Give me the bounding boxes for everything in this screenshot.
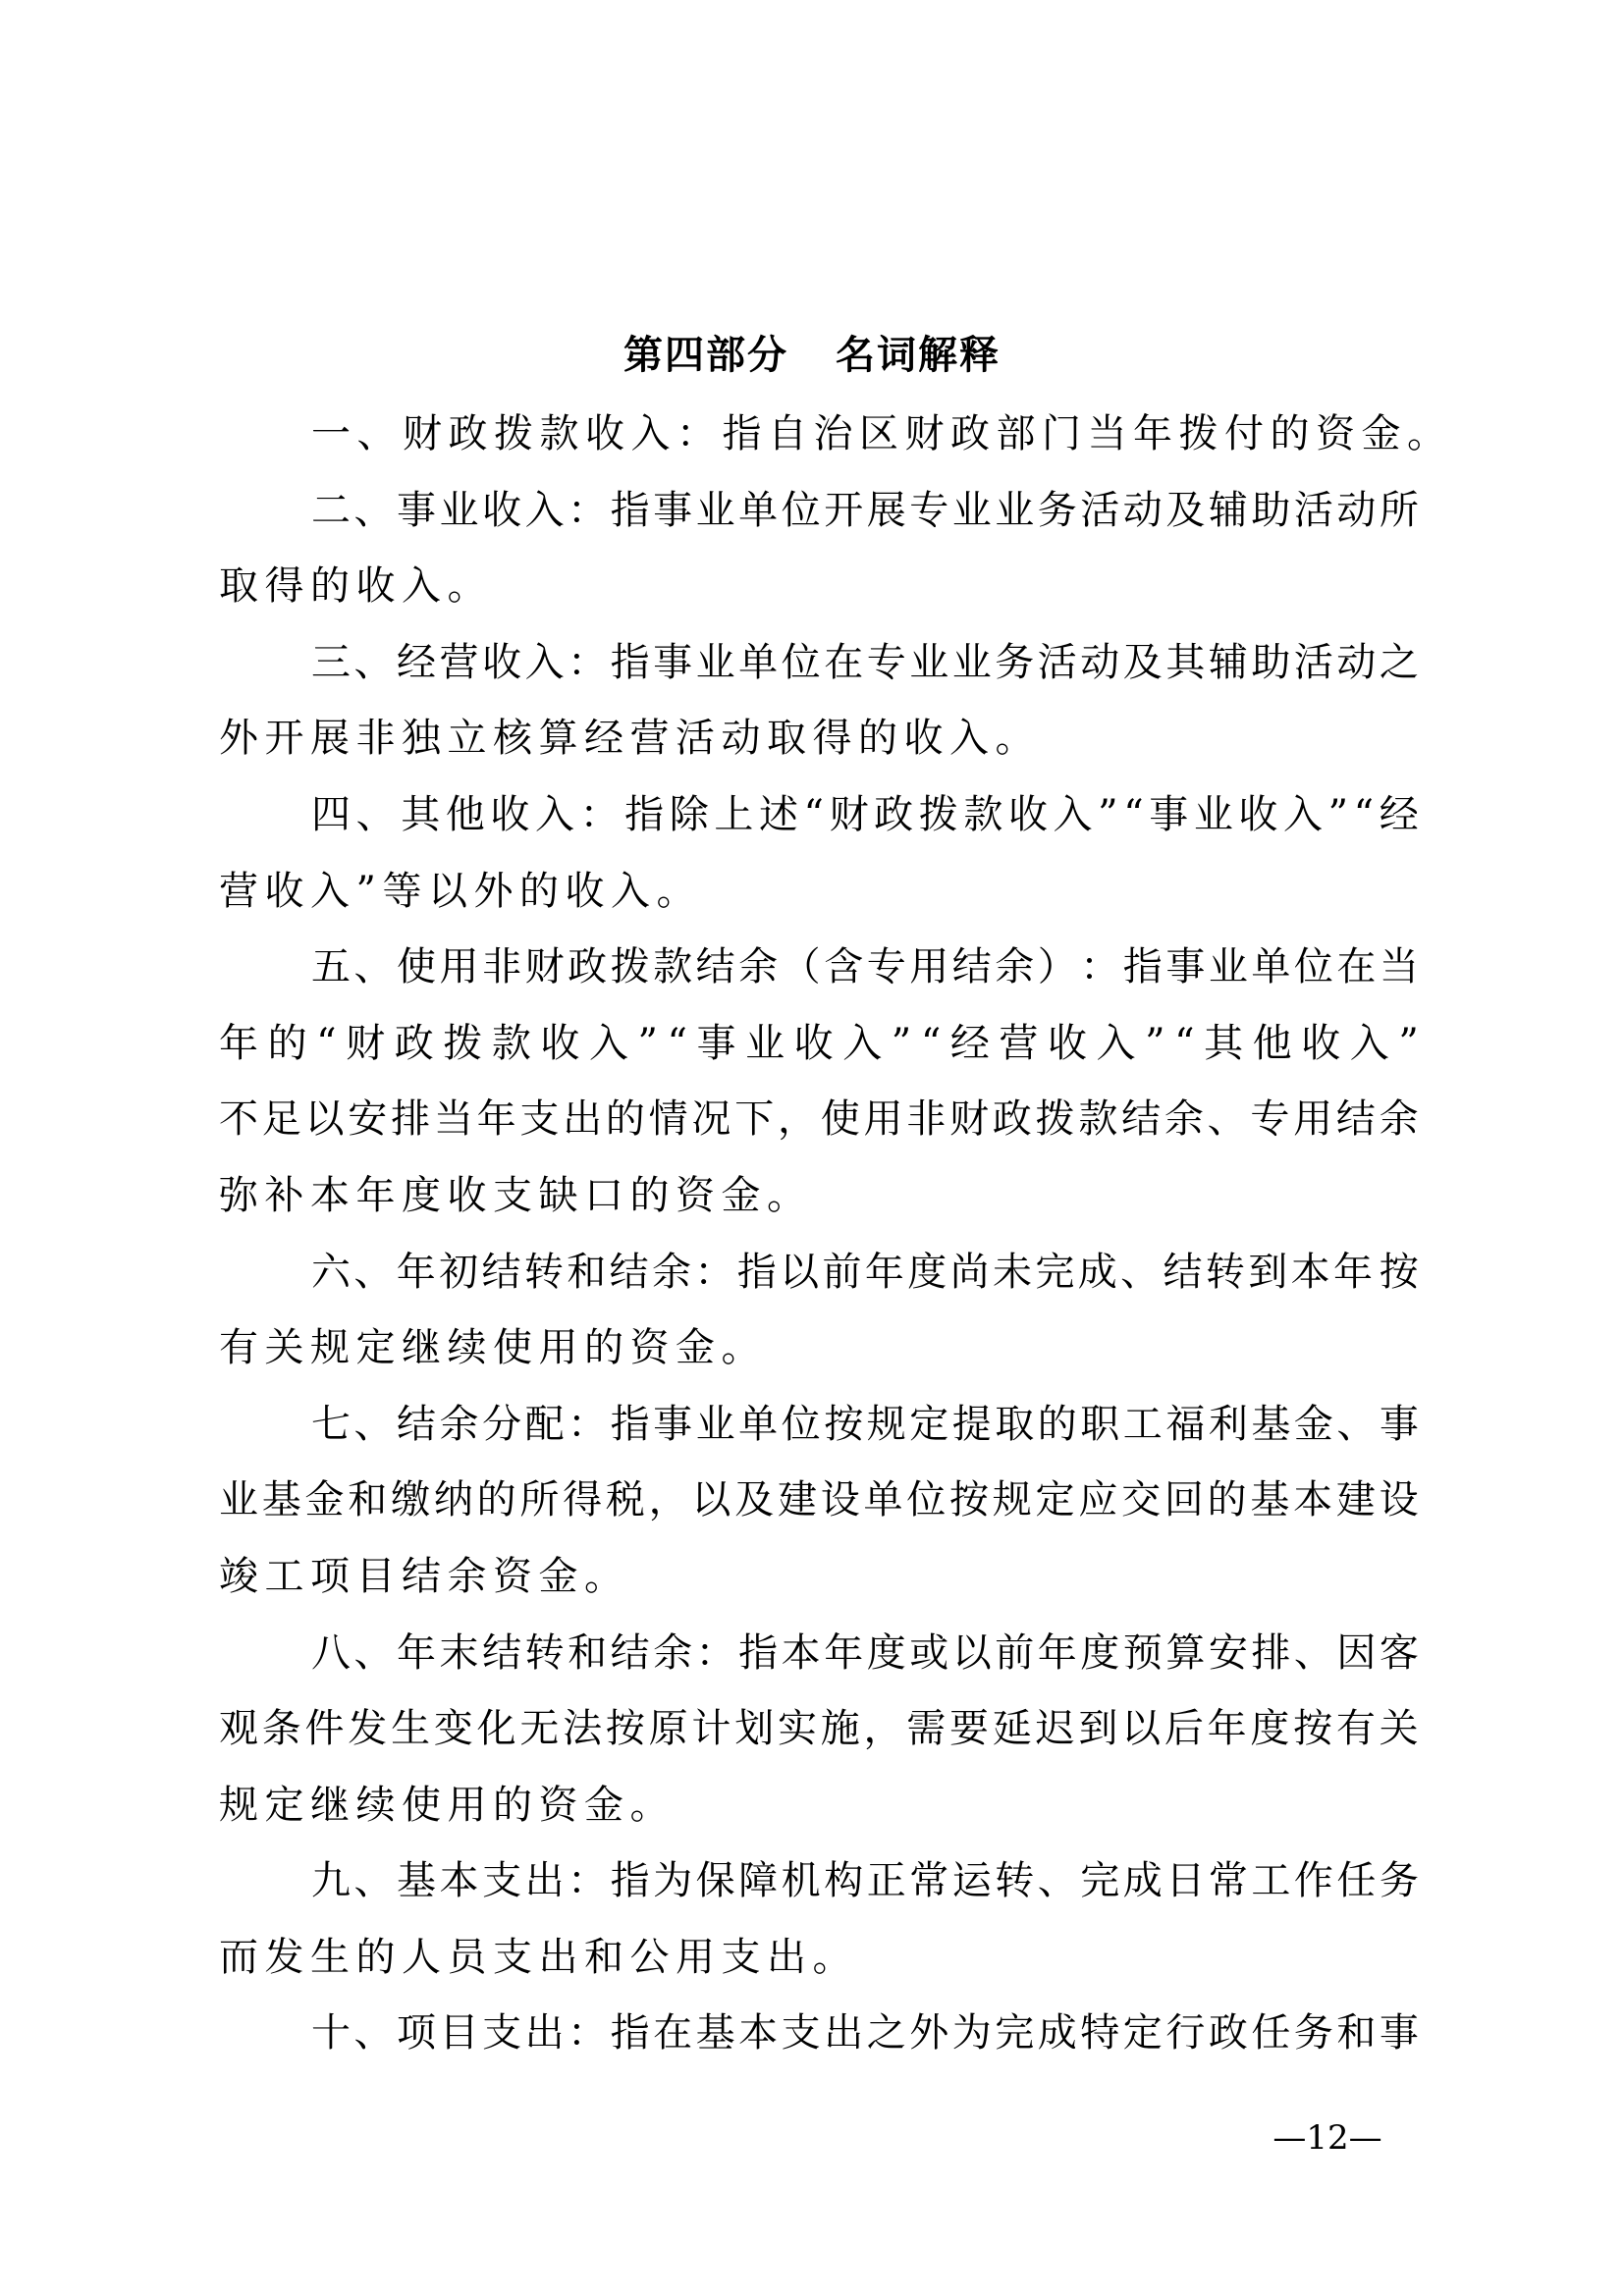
text-line: 六、年初结转和结余：指以前年度尚未完成、结转到本年 按 bbox=[219, 1235, 1419, 1311]
text-line: 营收入”等以外的收入。 bbox=[219, 854, 1419, 931]
text-line: 业基金和缴纳的所得税，以及建设单位按规定应交回的基本建设 bbox=[219, 1463, 1419, 1539]
text-line: 外开展非独立核算经营活动取得的收入。 bbox=[219, 701, 1419, 777]
text-line: 弥补本年度收支缺口的资金。 bbox=[219, 1158, 1419, 1235]
text-line: 八、年末结转和结余：指本年度或以前年度预算安排、因客 bbox=[219, 1616, 1419, 1692]
page-number: —12— bbox=[1270, 2118, 1385, 2158]
text-line: 五、使用非财政拨款结余（含专用结余）：指事业单位在当 bbox=[219, 930, 1419, 1006]
text-line: 有关规定继续使用的资金。 bbox=[219, 1310, 1419, 1387]
text-line: 七、结余分配：指事业单位按规定提取的职工福利基金、事 bbox=[219, 1387, 1419, 1464]
text-line: 九、基本支出：指为保障机构正常运转、完成日常工作任务 bbox=[219, 1843, 1419, 1920]
text-line: 而发生的人员支出和公用支出。 bbox=[219, 1920, 1419, 1997]
text-line: 十、项目支出：指在基本支出之外为完成特定行政任务和事 bbox=[219, 1996, 1419, 2072]
text-line: 二、事业收入：指事业单位开展专业业务活动及辅助活动所 bbox=[219, 473, 1419, 550]
text-line: 一、财政拨款收入：指自治区财政部门当年拨付的资金。 bbox=[219, 397, 1419, 473]
text-line: 不足以安排当年支出的情况下，使用非财政拨款结余、专用结余 bbox=[219, 1082, 1419, 1158]
text-line: 竣工项目结余资金。 bbox=[219, 1539, 1419, 1616]
text-line: 规定继续使用的资金。 bbox=[219, 1768, 1419, 1844]
text-line: 取得的收入。 bbox=[219, 549, 1419, 625]
text-line: 观条件发生变化无法按原计划实施，需要延迟到以后年度按有关 bbox=[219, 1691, 1419, 1768]
title-part: 第四部分 bbox=[623, 333, 788, 378]
text-line: 三、经营收入：指事业单位在专业业务活动及其辅助活动之 bbox=[219, 625, 1419, 702]
text-line: 四、其他收入：指除上述“财政拨款收入”“事业收入”“经 bbox=[219, 777, 1419, 854]
document-body: 一、财政拨款收入：指自治区财政部门当年拨付的资金。 二、事业收入：指事业单位开展… bbox=[219, 397, 1419, 2072]
page-title: 第四部分名词解释 bbox=[0, 330, 1624, 381]
text-line: 年的“财政拨款收入”“事业收入”“经营收入”“其他收入” bbox=[219, 1006, 1419, 1083]
title-name: 名词解释 bbox=[836, 333, 1001, 378]
